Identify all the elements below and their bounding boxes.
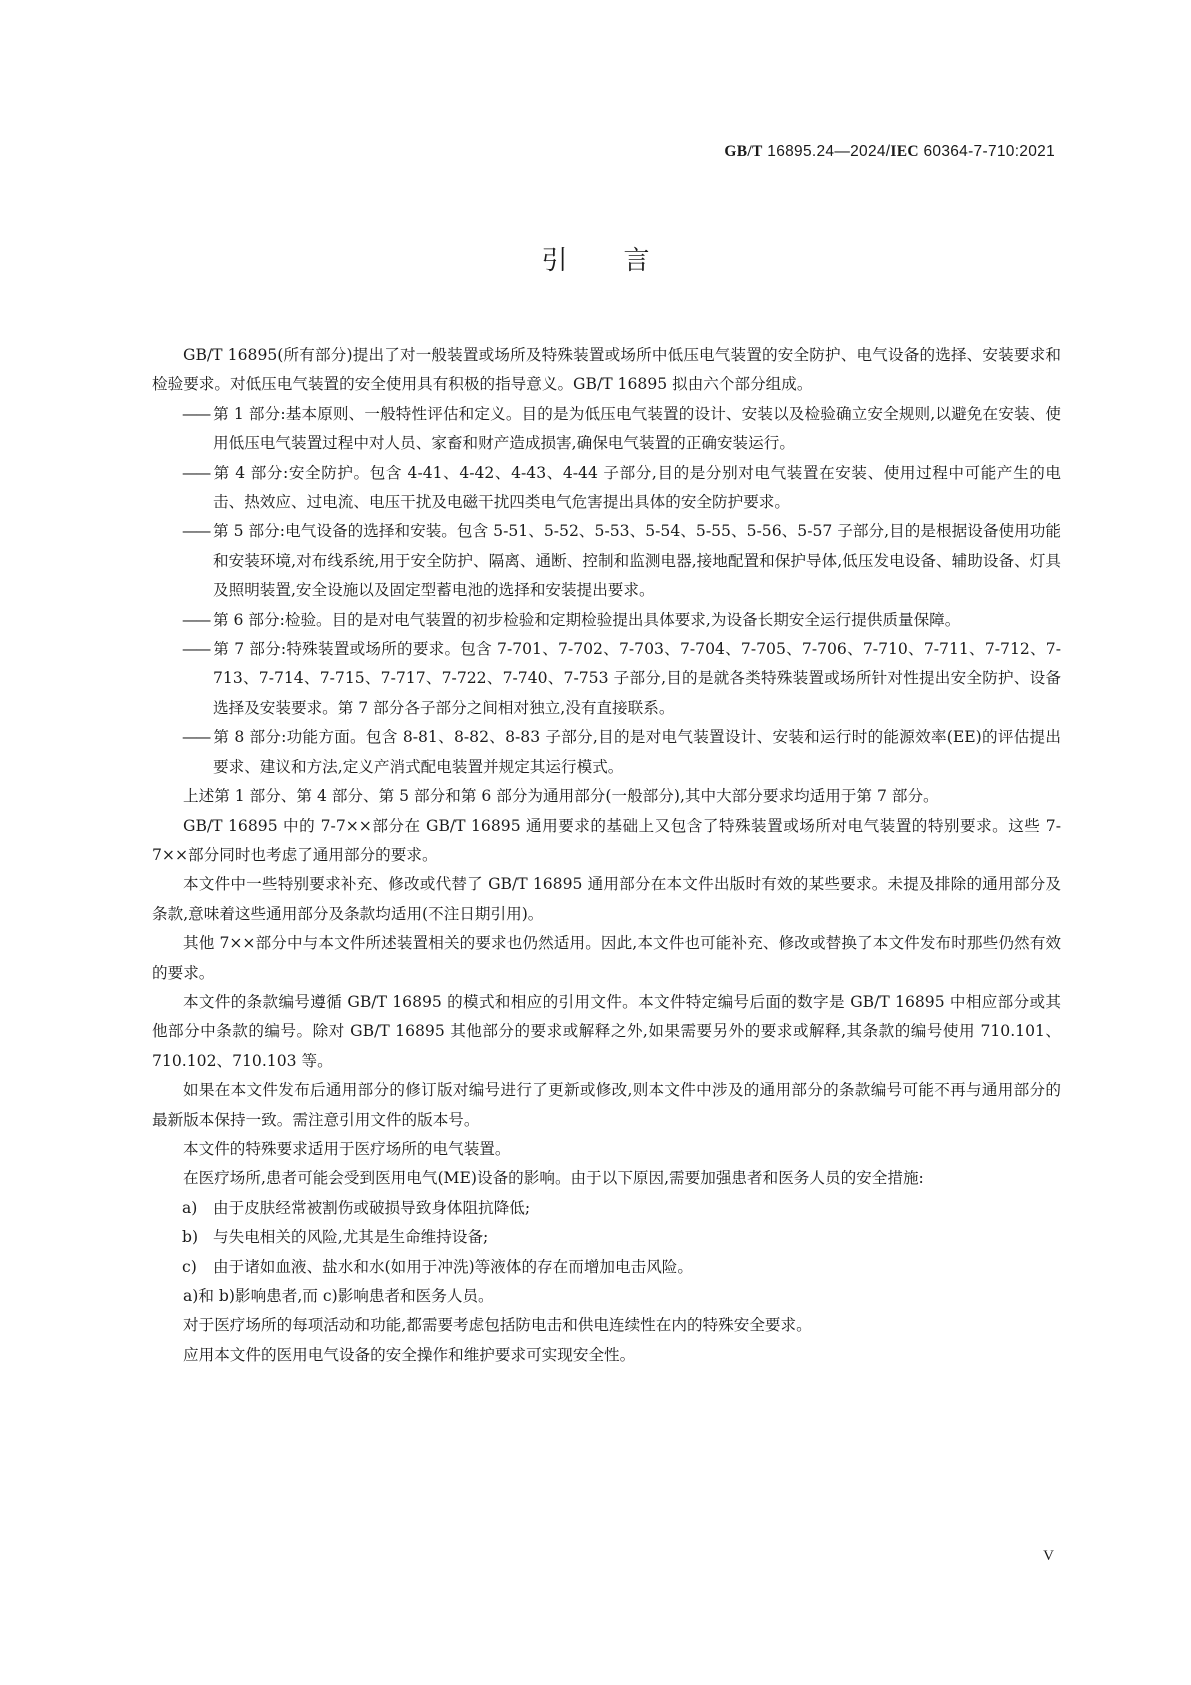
- part-4-text: 第 4 部分:安全防护。包含 4-41、4-42、4-43、4-44 子部分,目…: [213, 464, 1061, 511]
- other-parts-paragraph: 其他 7××部分中与本文件所述装置相关的要求也仍然适用。因此,本文件也可能补充、…: [152, 929, 1061, 988]
- em-dash-marker: ——: [182, 400, 213, 429]
- reason-item-b: b)与失电相关的风险,尤其是生命维持设备;: [182, 1223, 1061, 1252]
- page-title: 引言: [0, 240, 1191, 277]
- reason-text: 由于皮肤经常被割伤或破损导致身体阻抗降低;: [213, 1199, 530, 1217]
- em-dash-marker: ——: [182, 606, 213, 635]
- list-marker: b): [182, 1223, 213, 1252]
- part-1-item: ——第 1 部分:基本原则、一般特性评估和定义。目的是为低压电气装置的设计、安装…: [182, 400, 1061, 459]
- part-8-item: ——第 8 部分:功能方面。包含 8-81、8-82、8-83 子部分,目的是对…: [182, 723, 1061, 782]
- revision-paragraph: 如果在本文件发布后通用部分的修订版对编号进行了更新或修改,则本文件中涉及的通用部…: [152, 1076, 1061, 1135]
- part-7-text: 第 7 部分:特殊装置或场所的要求。包含 7-701、7-702、7-703、7…: [213, 640, 1061, 717]
- iec-number: 60364-7-710:2021: [919, 143, 1055, 160]
- reason-text: 由于诸如血液、盐水和水(如用于冲洗)等液体的存在而增加电击风险。: [213, 1258, 693, 1276]
- part-5-text: 第 5 部分:电气设备的选择和安装。包含 5-51、5-52、5-53、5-54…: [213, 522, 1061, 599]
- supplement-paragraph: 本文件中一些特别要求补充、修改或代替了 GB/T 16895 通用部分在本文件出…: [152, 870, 1061, 929]
- part-5-item: ——第 5 部分:电气设备的选择和安装。包含 5-51、5-52、5-53、5-…: [182, 517, 1061, 605]
- affect-paragraph: a)和 b)影响患者,而 c)影响患者和医务人员。: [152, 1282, 1061, 1311]
- intro-paragraph: GB/T 16895(所有部分)提出了对一般装置或场所及特殊装置或场所中低压电气…: [152, 341, 1061, 400]
- activity-paragraph: 对于医疗场所的每项活动和功能,都需要考虑包括防电击和供电连续性在内的特殊安全要求…: [152, 1311, 1061, 1340]
- standard-prefix-iec: IEC: [890, 143, 918, 160]
- em-dash-marker: ——: [182, 459, 213, 488]
- list-marker: a): [182, 1194, 213, 1223]
- apply-paragraph: 应用本文件的医用电气设备的安全操作和维护要求可实现安全性。: [152, 1341, 1061, 1370]
- standard-number: 16895.24—2024/: [763, 143, 891, 160]
- 7xx-parts-paragraph: GB/T 16895 中的 7-7××部分在 GB/T 16895 通用要求的基…: [152, 812, 1061, 871]
- part-1-text: 第 1 部分:基本原则、一般特性评估和定义。目的是为低压电气装置的设计、安装以及…: [213, 405, 1061, 452]
- em-dash-marker: ——: [182, 635, 213, 664]
- medical-locations-paragraph: 在医疗场所,患者可能会受到医用电气(ME)设备的影响。由于以下原因,需要加强患者…: [152, 1164, 1061, 1193]
- standard-code-header: GB/T 16895.24—2024/IEC 60364-7-710:2021: [724, 142, 1055, 161]
- list-marker: c): [182, 1253, 213, 1282]
- reason-text: 与失电相关的风险,尤其是生命维持设备;: [213, 1228, 488, 1246]
- numbering-paragraph: 本文件的条款编号遵循 GB/T 16895 的模式和相应的引用文件。本文件特定编…: [152, 988, 1061, 1076]
- part-6-text: 第 6 部分:检验。目的是对电气装置的初步检验和定期检验提出具体要求,为设备长期…: [213, 611, 960, 629]
- em-dash-marker: ——: [182, 517, 213, 546]
- scope-paragraph: 本文件的特殊要求适用于医疗场所的电气装置。: [152, 1135, 1061, 1164]
- general-parts-paragraph: 上述第 1 部分、第 4 部分、第 5 部分和第 6 部分为通用部分(一般部分)…: [152, 782, 1061, 811]
- document-body: GB/T 16895(所有部分)提出了对一般装置或场所及特殊装置或场所中低压电气…: [152, 341, 1061, 1370]
- part-8-text: 第 8 部分:功能方面。包含 8-81、8-82、8-83 子部分,目的是对电气…: [213, 728, 1061, 775]
- part-4-item: ——第 4 部分:安全防护。包含 4-41、4-42、4-43、4-44 子部分…: [182, 459, 1061, 518]
- part-6-item: ——第 6 部分:检验。目的是对电气装置的初步检验和定期检验提出具体要求,为设备…: [182, 606, 1061, 635]
- reason-item-c: c)由于诸如血液、盐水和水(如用于冲洗)等液体的存在而增加电击风险。: [182, 1253, 1061, 1282]
- page-number: V: [1043, 1548, 1054, 1565]
- em-dash-marker: ——: [182, 723, 213, 752]
- reason-item-a: a)由于皮肤经常被割伤或破损导致身体阻抗降低;: [182, 1194, 1061, 1223]
- part-7-item: ——第 7 部分:特殊装置或场所的要求。包含 7-701、7-702、7-703…: [182, 635, 1061, 723]
- standard-prefix-gbt: GB/T: [724, 143, 762, 160]
